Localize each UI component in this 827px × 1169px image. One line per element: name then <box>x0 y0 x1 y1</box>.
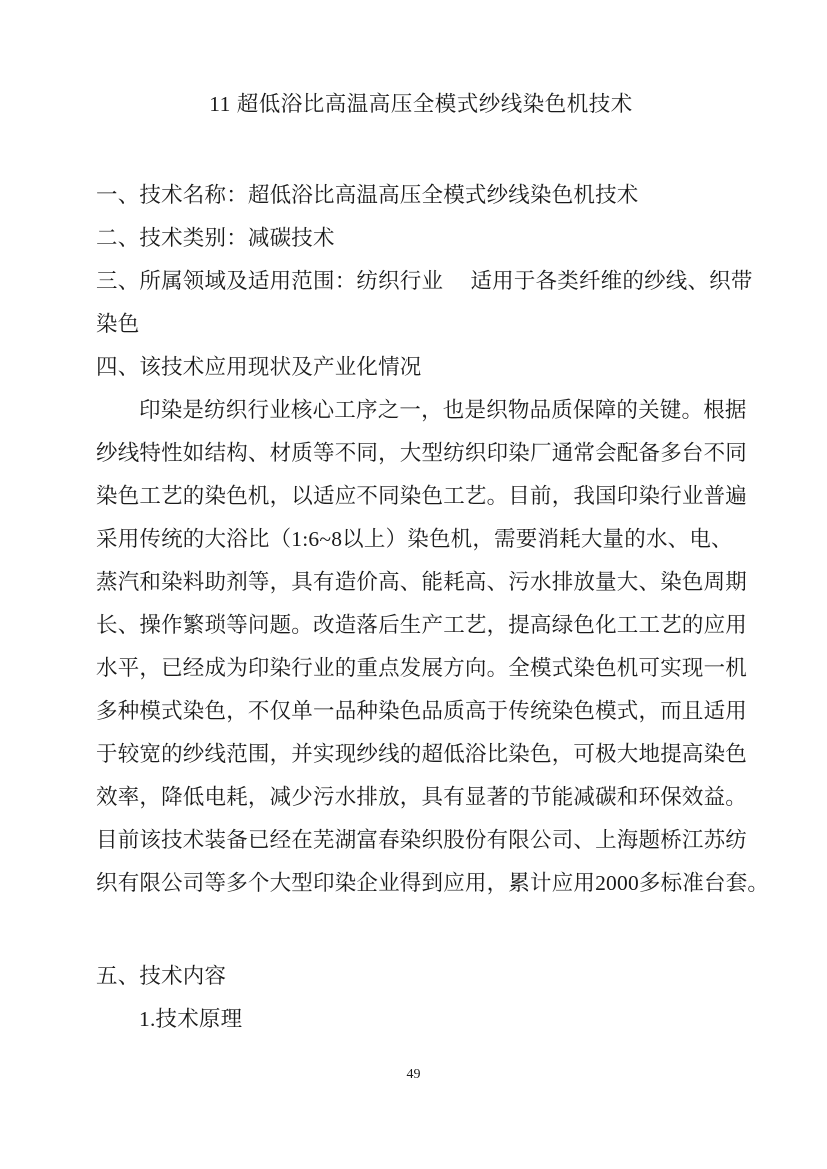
paragraph-line: 效率，降低电耗，减少污水排放，具有显著的节能减碳和环保效益。 <box>96 776 756 819</box>
field-tech-name: 一、技术名称：超低浴比高温高压全模式纱线染色机技术 <box>96 174 756 217</box>
document-title: 11 超低浴比高温高压全模式纱线染色机技术 <box>96 83 746 126</box>
paragraph-line: 于较宽的纱线范围，并实现纱线的超低浴比染色，可极大地提高染色 <box>96 733 756 776</box>
document-content: 11 超低浴比高温高压全模式纱线染色机技术 一、技术名称：超低浴比高温高压全模式… <box>96 83 756 1041</box>
paragraph-line: 染色工艺的染色机，以适应不同染色工艺。目前，我国印染行业普遍 <box>96 475 756 518</box>
document-page: 11 超低浴比高温高压全模式纱线染色机技术 一、技术名称：超低浴比高温高压全模式… <box>0 0 827 1169</box>
page-number: 49 <box>0 1066 827 1084</box>
field-scope-line1: 三、所属领域及适用范围：纺织行业 适用于各类纤维的纱线、织带 <box>96 260 756 303</box>
paragraph-line: 目前该技术装备已经在芜湖富春染织股份有限公司、上海题桥江苏纺 <box>96 819 756 862</box>
paragraph-line: 水平，已经成为印染行业的重点发展方向。全模式染色机可实现一机 <box>96 647 756 690</box>
section5-heading: 五、技术内容 <box>96 955 756 998</box>
paragraph-line: 织有限公司等多个大型印染企业得到应用，累计应用2000多标准台套。 <box>96 862 756 905</box>
section4-heading: 四、该技术应用现状及产业化情况 <box>96 346 756 389</box>
paragraph-line: 采用传统的大浴比（1:6~8以上）染色机，需要消耗大量的水、电、 <box>96 518 756 561</box>
paragraph-line: 多种模式染色，不仅单一品种染色品质高于传统染色模式，而且适用 <box>96 690 756 733</box>
field-tech-category: 二、技术类别：减碳技术 <box>96 217 756 260</box>
subsection-heading: 1.技术原理 <box>96 998 756 1041</box>
paragraph-line: 长、操作繁琐等问题。改造落后生产工艺，提高绿色化工工艺的应用 <box>96 604 756 647</box>
section-spacer <box>96 905 756 955</box>
field-scope-line2: 染色 <box>96 303 756 346</box>
paragraph-line: 印染是纺织行业核心工序之一，也是织物品质保障的关键。根据 <box>96 389 756 432</box>
paragraph-line: 蒸汽和染料助剂等，具有造价高、能耗高、污水排放量大、染色周期 <box>96 561 756 604</box>
paragraph-line: 纱线特性如结构、材质等不同，大型纺织印染厂通常会配备多台不同 <box>96 432 756 475</box>
